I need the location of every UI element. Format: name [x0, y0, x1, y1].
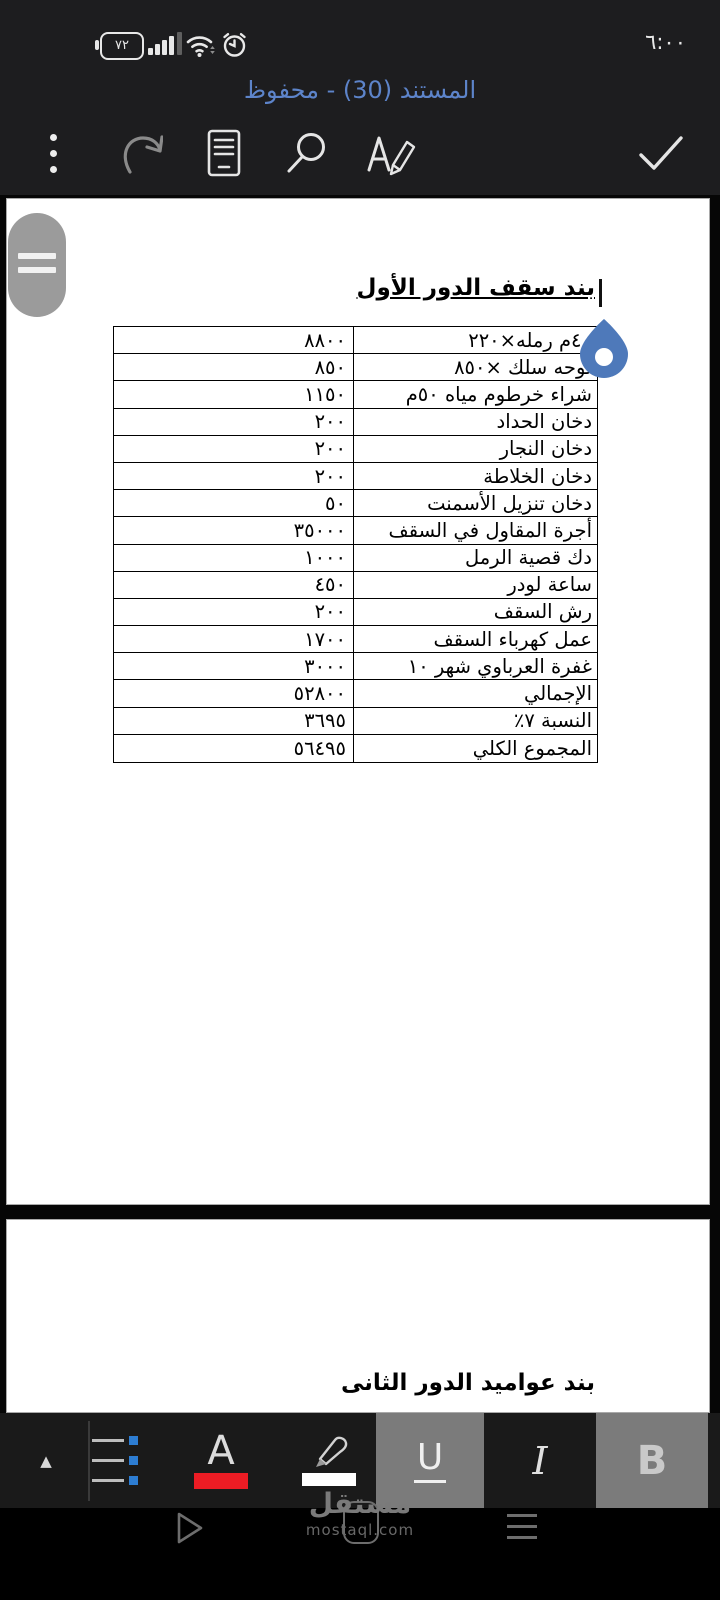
table-row[interactable]: رش السقف٢٠٠	[114, 599, 597, 626]
redo-button[interactable]	[112, 125, 168, 181]
redo-icon	[117, 130, 163, 176]
document-canvas[interactable]: بند سقف الدور الأول ٤٠م رمله×٢٢٠٨٨٠٠لوحه…	[0, 195, 720, 1508]
next-section-heading: بند عواميد الدور الثانى	[341, 1370, 595, 1396]
alarm-clock-icon	[221, 31, 248, 63]
document-page-2[interactable]: بند عواميد الدور الثانى	[6, 1219, 710, 1413]
row-label: دخان تنزيل الأسمنت	[353, 490, 597, 516]
table-row[interactable]: المجموع الكلي٥٦٤٩٥	[114, 735, 597, 762]
status-time: ٦:٠٠	[645, 30, 686, 54]
back-triangle-icon	[176, 1511, 204, 1545]
scroll-handle[interactable]	[8, 213, 66, 317]
battery-level: ٧٢	[115, 38, 129, 53]
row-value: ٤٥٠	[114, 572, 353, 598]
text-cursor	[599, 279, 602, 307]
bold-button-active[interactable]: B	[596, 1413, 708, 1508]
row-value: ١٠٠٠	[114, 545, 353, 571]
signal-strength-icon	[148, 33, 182, 57]
expense-table[interactable]: ٤٠م رمله×٢٢٠٨٨٠٠لوحه سلك ×٨٥٠٨٥٠شراء خرط…	[113, 326, 598, 763]
table-row[interactable]: دخان تنزيل الأسمنت٥٠	[114, 490, 597, 517]
collapse-toolbar-button[interactable]: ▲	[20, 1413, 72, 1508]
row-label: المجموع الكلي	[353, 735, 597, 762]
top-toolbar	[0, 115, 720, 195]
kebab-icon	[50, 134, 57, 173]
table-row[interactable]: النسبة ٧٪٣٦٩٥	[114, 708, 597, 735]
cursor-drop-handle[interactable]	[579, 319, 629, 379]
title-bar: المستند (30) - محفوظ	[0, 65, 720, 115]
highlight-swatch	[302, 1473, 356, 1486]
row-label: دخان الخلاطة	[353, 463, 597, 489]
nav-recents-button[interactable]	[507, 1514, 537, 1539]
table-row[interactable]: ٤٠م رمله×٢٢٠٨٨٠٠	[114, 327, 597, 354]
battery-icon: ٧٢	[100, 32, 144, 60]
row-label: شراء خرطوم مياه ٥٠م	[353, 381, 597, 407]
search-icon	[284, 130, 330, 176]
row-label: لوحه سلك ×٨٥٠	[353, 354, 597, 380]
overflow-menu-button[interactable]	[25, 125, 81, 181]
row-value: ١١٥٠	[114, 381, 353, 407]
row-label: ٤٠م رمله×٢٢٠	[353, 327, 597, 353]
bullet-list-button[interactable]	[92, 1413, 144, 1508]
word-mobile-screen: ٧٢	[0, 0, 720, 1600]
mobile-view-icon	[207, 129, 241, 177]
bullet-list-icon	[92, 1436, 144, 1445]
table-row[interactable]: غفرة العرباوي شهر ١٠٣٠٠٠	[114, 653, 597, 680]
section-heading: بند سقف الدور الأول	[356, 275, 595, 301]
row-label: دخان الحداد	[353, 409, 597, 435]
table-row[interactable]: دك قصية الرمل١٠٠٠	[114, 545, 597, 572]
row-value: ٢٠٠	[114, 409, 353, 435]
document-page-1[interactable]: بند سقف الدور الأول ٤٠م رمله×٢٢٠٨٨٠٠لوحه…	[6, 198, 710, 1205]
table-row[interactable]: دخان الحداد٢٠٠	[114, 409, 597, 436]
watermark-domain: mostaql.com	[272, 1520, 448, 1540]
row-label: النسبة ٧٪	[353, 708, 597, 734]
mobile-view-button[interactable]	[196, 125, 252, 181]
row-label: عمل كهرباء السقف	[353, 626, 597, 652]
row-value: ٨٨٠٠	[114, 327, 353, 353]
format-text-button[interactable]	[364, 125, 420, 181]
row-label: غفرة العرباوي شهر ١٠	[353, 653, 597, 679]
row-value: ٣٠٠٠	[114, 653, 353, 679]
table-row[interactable]: شراء خرطوم مياه ٥٠م١١٥٠	[114, 381, 597, 408]
highlighter-icon	[308, 1435, 350, 1469]
row-label: رش السقف	[353, 599, 597, 625]
row-value: ٣٦٩٥	[114, 708, 353, 734]
row-label: أجرة المقاول في السقف	[353, 517, 597, 543]
table-row[interactable]: أجرة المقاول في السقف٣٥٠٠٠	[114, 517, 597, 544]
font-color-button[interactable]: A	[190, 1413, 252, 1508]
row-label: ساعة لودر	[353, 572, 597, 598]
document-title: المستند (30) - محفوظ	[244, 76, 476, 104]
row-value: ١٧٠٠	[114, 626, 353, 652]
italic-button[interactable]: I	[486, 1413, 594, 1508]
toolbar-divider	[88, 1421, 90, 1501]
row-label: دخان النجار	[353, 436, 597, 462]
watermark-logo: مستقل	[272, 1488, 448, 1520]
row-value: ٢٠٠	[114, 599, 353, 625]
table-row[interactable]: دخان الخلاطة٢٠٠	[114, 463, 597, 490]
format-pencil-icon	[366, 130, 418, 176]
table-row[interactable]: دخان النجار٢٠٠	[114, 436, 597, 463]
table-row[interactable]: الإجمالي٥٢٨٠٠	[114, 680, 597, 707]
row-label: دك قصية الرمل	[353, 545, 597, 571]
wifi-icon	[186, 33, 216, 63]
row-value: ٥٦٤٩٥	[114, 735, 353, 762]
battery-nub	[95, 40, 99, 50]
row-value: ٥٢٨٠٠	[114, 680, 353, 706]
table-row[interactable]: لوحه سلك ×٨٥٠٨٥٠	[114, 354, 597, 381]
done-button[interactable]	[633, 125, 689, 181]
check-icon	[637, 131, 685, 175]
font-color-glyph: A	[207, 1432, 234, 1470]
row-value: ٥٠	[114, 490, 353, 516]
row-label: الإجمالي	[353, 680, 597, 706]
row-value: ٢٠٠	[114, 436, 353, 462]
watermark: مستقل mostaql.com	[272, 1488, 448, 1540]
font-color-swatch	[194, 1473, 248, 1489]
nav-back-button[interactable]	[176, 1511, 204, 1549]
row-value: ٣٥٠٠٠	[114, 517, 353, 543]
table-row[interactable]: ساعة لودر٤٥٠	[114, 572, 597, 599]
row-value: ٨٥٠	[114, 354, 353, 380]
status-bar: ٧٢	[0, 0, 720, 65]
table-row[interactable]: عمل كهرباء السقف١٧٠٠	[114, 626, 597, 653]
row-value: ٢٠٠	[114, 463, 353, 489]
top-chrome: ٧٢	[0, 0, 720, 195]
search-button[interactable]	[279, 125, 335, 181]
